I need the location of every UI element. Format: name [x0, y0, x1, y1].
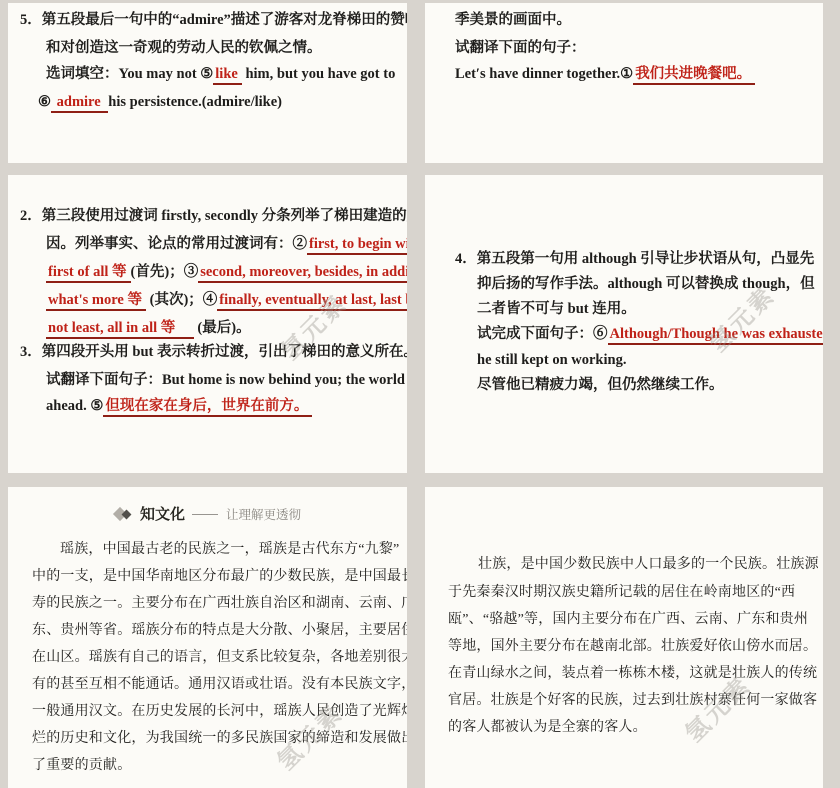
text-line: Let′s have dinner together.①我们共进晚餐吧。 [455, 65, 755, 84]
body-text: 等地，国外主要分布在越南北部。壮族爱好依山傍水而居。 [448, 639, 817, 654]
body-text: 选词填空：You may not ⑤ [46, 66, 213, 82]
body-text: 抑后扬的写作手法。although 可以替换成 though，但 [477, 276, 815, 292]
body-text: 试完成下面句子：⑥ [477, 326, 608, 342]
answer-blank-text: second, moreover, besides, in addition, [198, 264, 407, 283]
text-line: 在山区。瑶族有自己的语言，但支系比较复杂，各地差别很大， [32, 648, 407, 667]
body-text: 尽管他已精疲力竭，但仍然继续工作。 [477, 377, 724, 393]
panel-exercise-items-2-3: 2．第三段使用过渡词 firstly, secondly 分条列举了梯田建造的原… [8, 175, 407, 473]
panel-exercise-item-5: 5．第五段最后一句中的“admire”描述了游客对龙脊梯田的赞叹和对创造这一奇观… [8, 3, 407, 163]
panel-culture-yaozu: 知文化 —— 让理解更透彻 瑶族，中国最古老的民族之一，瑶族是古代东方“九黎”中… [8, 487, 407, 788]
text-line: 试翻译下面句子：But home is now behind you; the … [46, 371, 407, 390]
text-line: 5．第五段最后一句中的“admire”描述了游客对龙脊梯田的赞叹 [20, 11, 407, 30]
body-text: Let′s have dinner together.① [455, 66, 633, 82]
text-line: ahead. ⑤但现在家在身后，世界在前方。 [46, 397, 312, 416]
text-line: 一般通用汉文。在历史发展的长河中，瑶族人民创造了光辉灿 [32, 702, 407, 721]
panel-exercise-item-4: 4．第五段第一句用 although 引导让步状语从句，凸显先抑后扬的写作手法。… [425, 175, 823, 473]
body-text: 一般通用汉文。在历史发展的长河中，瑶族人民创造了光辉灿 [32, 704, 407, 719]
body-text: 了重要的贡献。 [32, 758, 131, 773]
answer-blank-text: 但现在家在身后，世界在前方。 [103, 398, 312, 417]
body-text: 瑶族，中国最古老的民族之一，瑶族是古代东方“九黎” [60, 542, 399, 557]
body-text: 5．第五段最后一句中的“admire”描述了游客对龙脊梯田的赞叹 [20, 12, 407, 28]
text-line: 于先秦秦汉时期汉族史籍所记载的居住在岭南地区的“西 [448, 583, 795, 602]
body-text: (最后)。 [194, 320, 251, 336]
text-line: first of all 等(首先)；③second, moreover, be… [46, 263, 407, 282]
text-line: 尽管他已精疲力竭，但仍然继续工作。 [477, 376, 724, 395]
body-text: 试翻译下面句子：But home is now behind you; the … [46, 372, 407, 388]
text-line: 了重要的贡献。 [32, 756, 131, 775]
text-line: 官居。壮族是个好客的民族，过去到壮族村寨任何一家做客 [448, 691, 817, 710]
text-line: 和对创造这一奇观的劳动人民的钦佩之情。 [46, 39, 322, 58]
text-line: 瓯”、“骆越”等，国内主要分布在广西、云南、广东和贵州 [448, 610, 808, 629]
text-line: 2．第三段使用过渡词 firstly, secondly 分条列举了梯田建造的原 [20, 207, 407, 226]
text-line: 3．第四段开头用 but 表示转折过渡，引出了梯田的意义所在。 [20, 343, 407, 362]
text-line: not least, all in all 等 (最后)。 [46, 319, 251, 338]
panel-culture-zhuangzu: 壮族，是中国少数民族中人口最多的一个民族。壮族源于先秦秦汉时期汉族史籍所记载的居… [425, 487, 823, 788]
text-line: 寿的民族之一。主要分布在广西壮族自治区和湖南、云南、广 [32, 594, 407, 613]
text-line: 等地，国外主要分布在越南北部。壮族爱好依山傍水而居。 [448, 637, 817, 656]
answer-blank-text: Although/Though he was exhausted, [608, 326, 824, 345]
text-line: 在青山绿水之间，装点着一栋栋木楼，这就是壮族人的传统 [448, 664, 817, 683]
answer-blank-text: what's more 等 [46, 292, 146, 311]
text-line: what's more 等 (其次)；④finally, eventually,… [46, 291, 407, 310]
body-text: 的客人都被认为是全寨的客人。 [448, 720, 647, 735]
body-text: (首先)；③ [131, 264, 199, 280]
text-line: 中的一支，是中国华南地区分布最广的少数民族，是中国最长 [32, 567, 407, 586]
answer-blank-text: 我们共进晚餐吧。 [633, 66, 755, 85]
text-line: 二者皆不可与 but 连用。 [477, 300, 636, 319]
text-line: 4．第五段第一句用 although 引导让步状语从句，凸显先 [455, 250, 814, 269]
text-line: 的客人都被认为是全寨的客人。 [448, 718, 647, 737]
panel-translation-dinner: 季美景的画面中。试翻译下面的句子：Let′s have dinner toget… [425, 3, 823, 163]
body-text: (其次)；④ [146, 292, 217, 308]
body-text: 壮族，是中国少数民族中人口最多的一个民族。壮族源 [478, 557, 819, 572]
body-text: 二者皆不可与 but 连用。 [477, 301, 636, 317]
answer-blank-text: first, to begin with, [307, 236, 407, 255]
text-line: 因。列举事实、论点的常用过渡词有：②first, to begin with, [46, 235, 407, 254]
body-text: 瓯”、“骆越”等，国内主要分布在广西、云南、广东和贵州 [448, 612, 808, 627]
diamond-icon [114, 507, 134, 521]
culture-section-header: 知文化 —— 让理解更透彻 [8, 503, 407, 524]
body-text: 因。列举事实、论点的常用过渡词有：② [46, 236, 307, 252]
body-text: 烂的历史和文化，为我国统一的多民族国家的缔造和发展做出 [32, 731, 407, 746]
body-text: 试翻译下面的句子： [455, 40, 586, 56]
text-line: 烂的历史和文化，为我国统一的多民族国家的缔造和发展做出 [32, 729, 407, 748]
culture-header-subtitle: 让理解更透彻 [226, 505, 301, 523]
body-text: 中的一支，是中国华南地区分布最广的少数民族，是中国最长 [32, 569, 407, 584]
answer-blank-text: first of all 等 [46, 264, 131, 283]
body-text: ahead. ⑤ [46, 398, 103, 414]
body-text: 和对创造这一奇观的劳动人民的钦佩之情。 [46, 40, 322, 56]
answer-blank-text: finally, eventually, at last, last but [217, 292, 407, 311]
body-text: 官居。壮族是个好客的民族，过去到壮族村寨任何一家做客 [448, 693, 817, 708]
text-line: 季美景的画面中。 [455, 11, 571, 30]
culture-header-title: 知文化 [140, 503, 185, 524]
body-text: his persistence.(admire/like) [108, 94, 282, 110]
answer-blank-text: admire [51, 94, 108, 113]
body-text: 3．第四段开头用 but 表示转折过渡，引出了梯田的意义所在。 [20, 344, 407, 360]
body-text: he still kept on working. [477, 352, 626, 368]
body-text: 季美景的画面中。 [455, 12, 571, 28]
text-line: 抑后扬的写作手法。although 可以替换成 though，但 [477, 275, 815, 294]
text-line: 壮族，是中国少数民族中人口最多的一个民族。壮族源 [478, 555, 819, 574]
body-text: 东、贵州等省。瑶族分布的特点是大分散、小聚居，主要居住 [32, 623, 407, 638]
text-line: 东、贵州等省。瑶族分布的特点是大分散、小聚居，主要居住 [32, 621, 407, 640]
body-text: ⑥ [38, 94, 51, 110]
answer-blank-text: like [213, 66, 242, 85]
body-text: 4．第五段第一句用 although 引导让步状语从句，凸显先 [455, 251, 814, 267]
text-line: 试完成下面句子：⑥Although/Though he was exhauste… [477, 325, 823, 344]
answer-blank-text: not least, all in all 等 [46, 320, 194, 339]
body-text: him, but you have got to [242, 66, 395, 82]
body-text: 2．第三段使用过渡词 firstly, secondly 分条列举了梯田建造的原 [20, 208, 407, 224]
text-line: he still kept on working. [477, 351, 626, 370]
text-line: 试翻译下面的句子： [455, 39, 586, 58]
body-text: 寿的民族之一。主要分布在广西壮族自治区和湖南、云南、广 [32, 596, 407, 611]
body-text: 在山区。瑶族有自己的语言，但支系比较复杂，各地差别很大， [32, 650, 407, 665]
textbook-page: { "page": { "background_color": "#d8d4ce… [0, 0, 840, 788]
body-text: 在青山绿水之间，装点着一栋栋木楼，这就是壮族人的传统 [448, 666, 817, 681]
text-line: 有的甚至互相不能通话。通用汉语或壮语。没有本民族文字， [32, 675, 407, 694]
text-line: ⑥ admire his persistence.(admire/like) [38, 93, 282, 112]
body-text: 于先秦秦汉时期汉族史籍所记载的居住在岭南地区的“西 [448, 585, 795, 600]
text-line: 选词填空：You may not ⑤like him, but you have… [46, 65, 395, 84]
body-text: 有的甚至互相不能通话。通用汉语或壮语。没有本民族文字， [32, 677, 407, 692]
culture-header-dash: —— [192, 506, 218, 521]
text-line: 瑶族，中国最古老的民族之一，瑶族是古代东方“九黎” [60, 540, 399, 559]
